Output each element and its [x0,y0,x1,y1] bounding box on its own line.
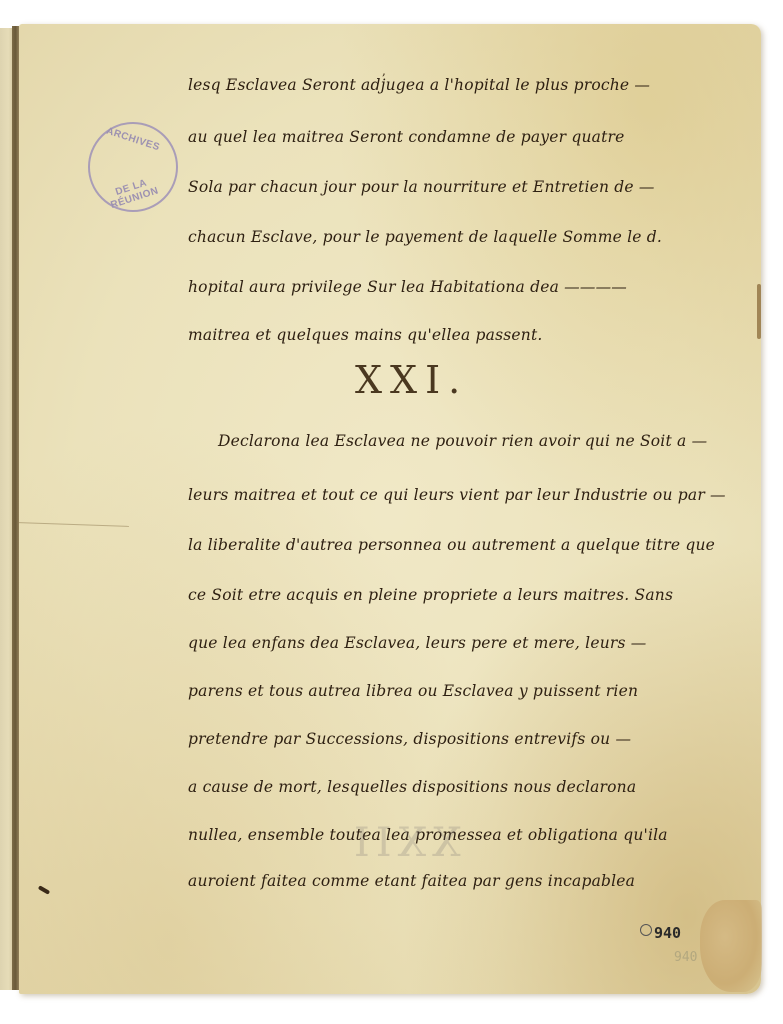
article-heading: XXI. [355,358,468,402]
paragraph-2-line: auroient faitea comme etant faitea par g… [188,872,635,890]
paragraph-2-line: pretendre par Successions, dispositions … [188,730,631,748]
folio-circle-icon [640,924,652,936]
paragraph-1-line: hopital aura privilege Sur lea Habitatio… [188,278,627,296]
paragraph-2-line: ce Soit etre acquis en pleine propriete … [188,586,673,604]
manuscript-scan: ARCHIVES DE LA RÉUNION , lesq Esclavea S… [0,0,783,1024]
corner-damage-stain [700,900,762,992]
paragraph-2-line: que lea enfans dea Esclavea, leurs pere … [188,634,646,652]
folio-number: 940 [640,924,681,942]
paragraph-1-line: au quel lea maitrea Seront condamne de p… [188,128,625,146]
paragraph-1-line: lesq Esclavea Seront adjugea a l'hopital… [188,76,650,94]
paragraph-1-line: maitrea et quelques mains qu'ellea passe… [188,326,543,344]
paragraph-2-line: la liberalite d'autrea personnea ou autr… [188,536,715,554]
binding-gutter [12,26,19,990]
folio-number-text: 940 [654,924,681,942]
paragraph-1-line: chacun Esclave, pour le payement de laqu… [188,228,662,246]
paragraph-2-line: leurs maitrea et tout ce qui leurs vient… [188,486,726,504]
paragraph-1-line: Sola par chacun jour pour la nourriture … [188,178,655,196]
paragraph-2-line: a cause de mort, lesquelles dispositions… [188,778,636,796]
bleed-through-heading: XXII [348,820,461,866]
folio-number-ghost: 940 [674,950,697,965]
stamp-top-text: ARCHIVES [100,124,166,155]
paragraph-2-line: Declarona lea Esclavea ne pouvoir rien a… [218,432,707,450]
paragraph-2-line: parens et tous autrea librea ou Esclavea… [188,682,638,700]
archives-stamp: ARCHIVES DE LA RÉUNION [88,122,178,212]
